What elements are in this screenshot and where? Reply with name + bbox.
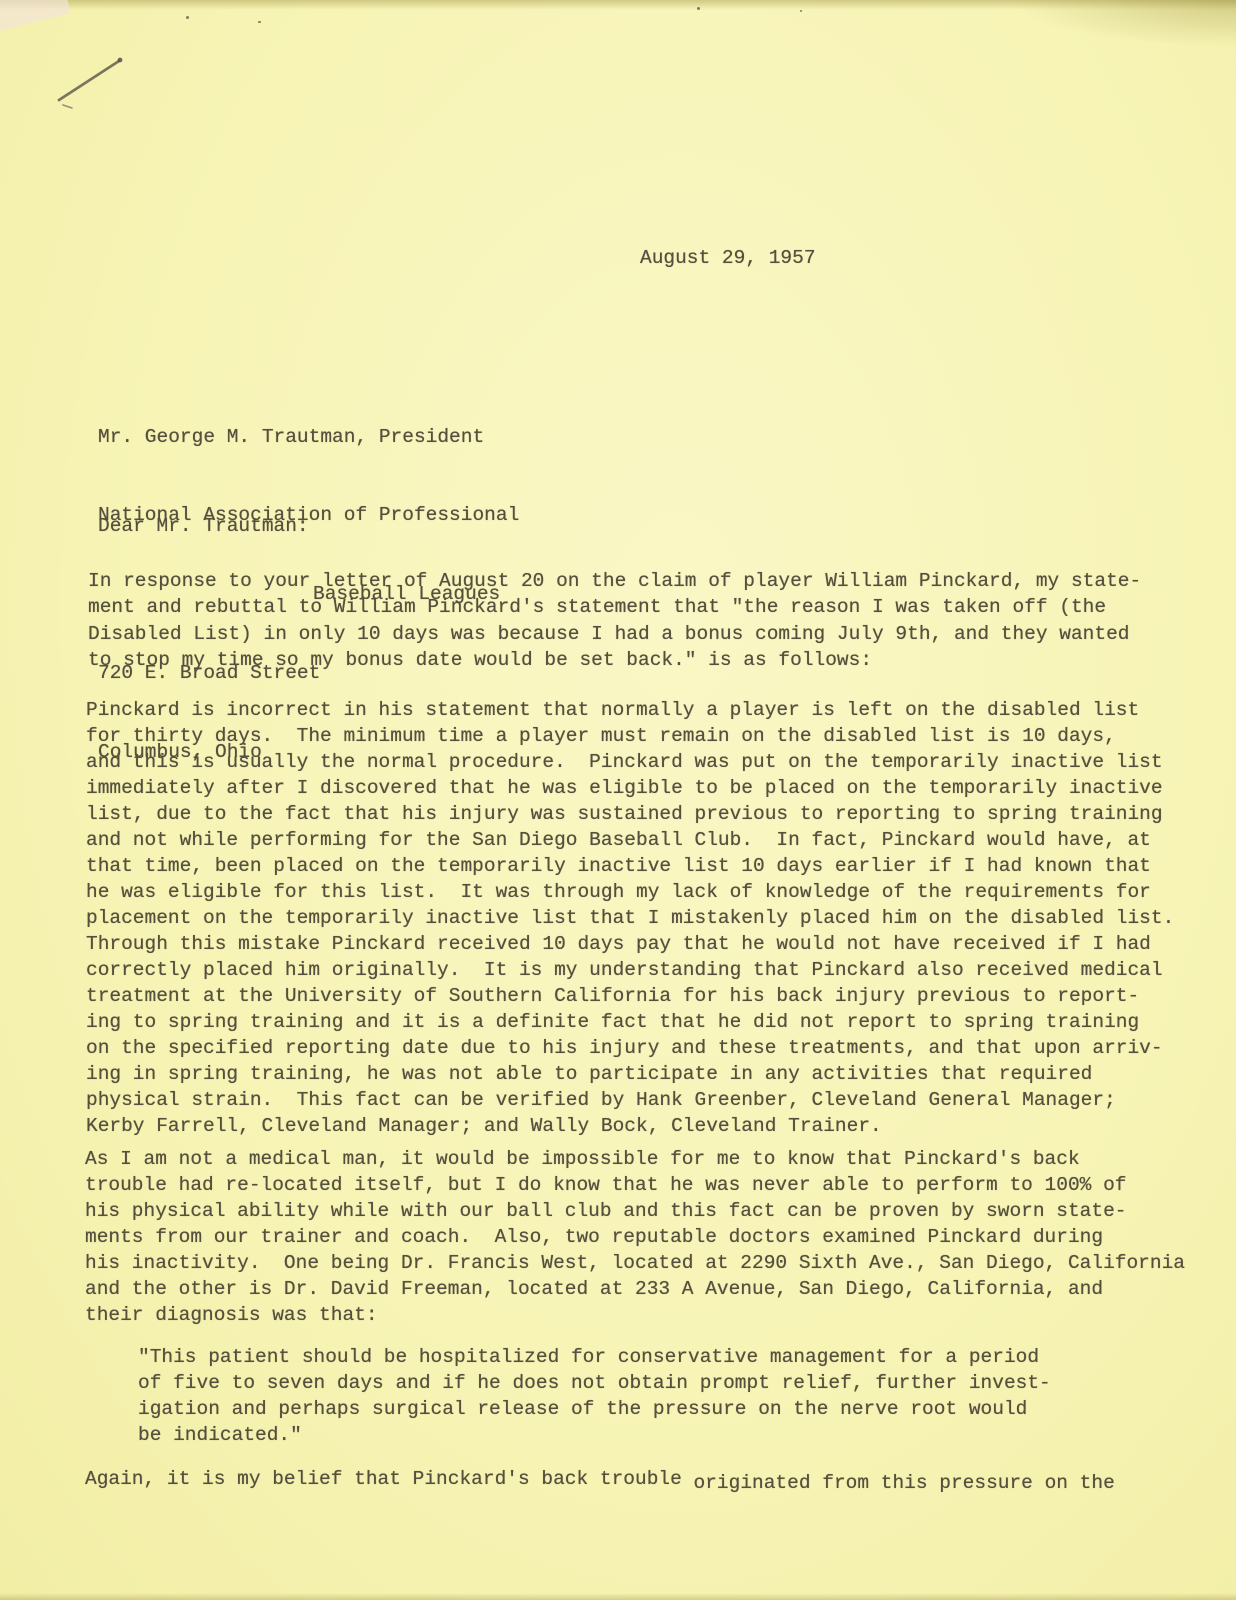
closing-part-1: Again, it is my belief that Pinckard's b…	[85, 1468, 682, 1490]
paper-speck	[186, 16, 189, 19]
letter-page: August 29, 1957 Mr. George M. Trautman, …	[0, 0, 1236, 1600]
scan-corner-blemish	[0, 0, 71, 37]
paper-speck	[258, 21, 261, 23]
scan-edge-bottom-shading	[0, 1593, 1236, 1600]
address-line: Mr. George M. Trautman, President	[98, 424, 519, 450]
salutation: Dear Mr. Trautman:	[98, 513, 309, 539]
doctor-diagnosis-quote: "This patient should be hospitalized for…	[138, 1344, 1051, 1448]
paragraph-rebuttal: Pinckard is incorrect in his statement t…	[86, 697, 1174, 1139]
scan-corner-shading	[1016, 0, 1236, 46]
paragraph-intro: In response to your letter of August 20 …	[88, 568, 1141, 673]
date-line: August 29, 1957	[640, 245, 816, 271]
scan-edge-top-shading	[0, 0, 1236, 10]
paragraph-medical-opinion: As I am not a medical man, it would be i…	[85, 1146, 1185, 1328]
closing-part-2: originated from this pressure on the	[694, 1470, 1115, 1496]
paper-speck	[697, 7, 700, 10]
paper-speck	[800, 10, 802, 12]
closing-line: Again, it is my belief that Pinckard's b…	[85, 1466, 1115, 1492]
pencil-mark	[50, 50, 140, 120]
